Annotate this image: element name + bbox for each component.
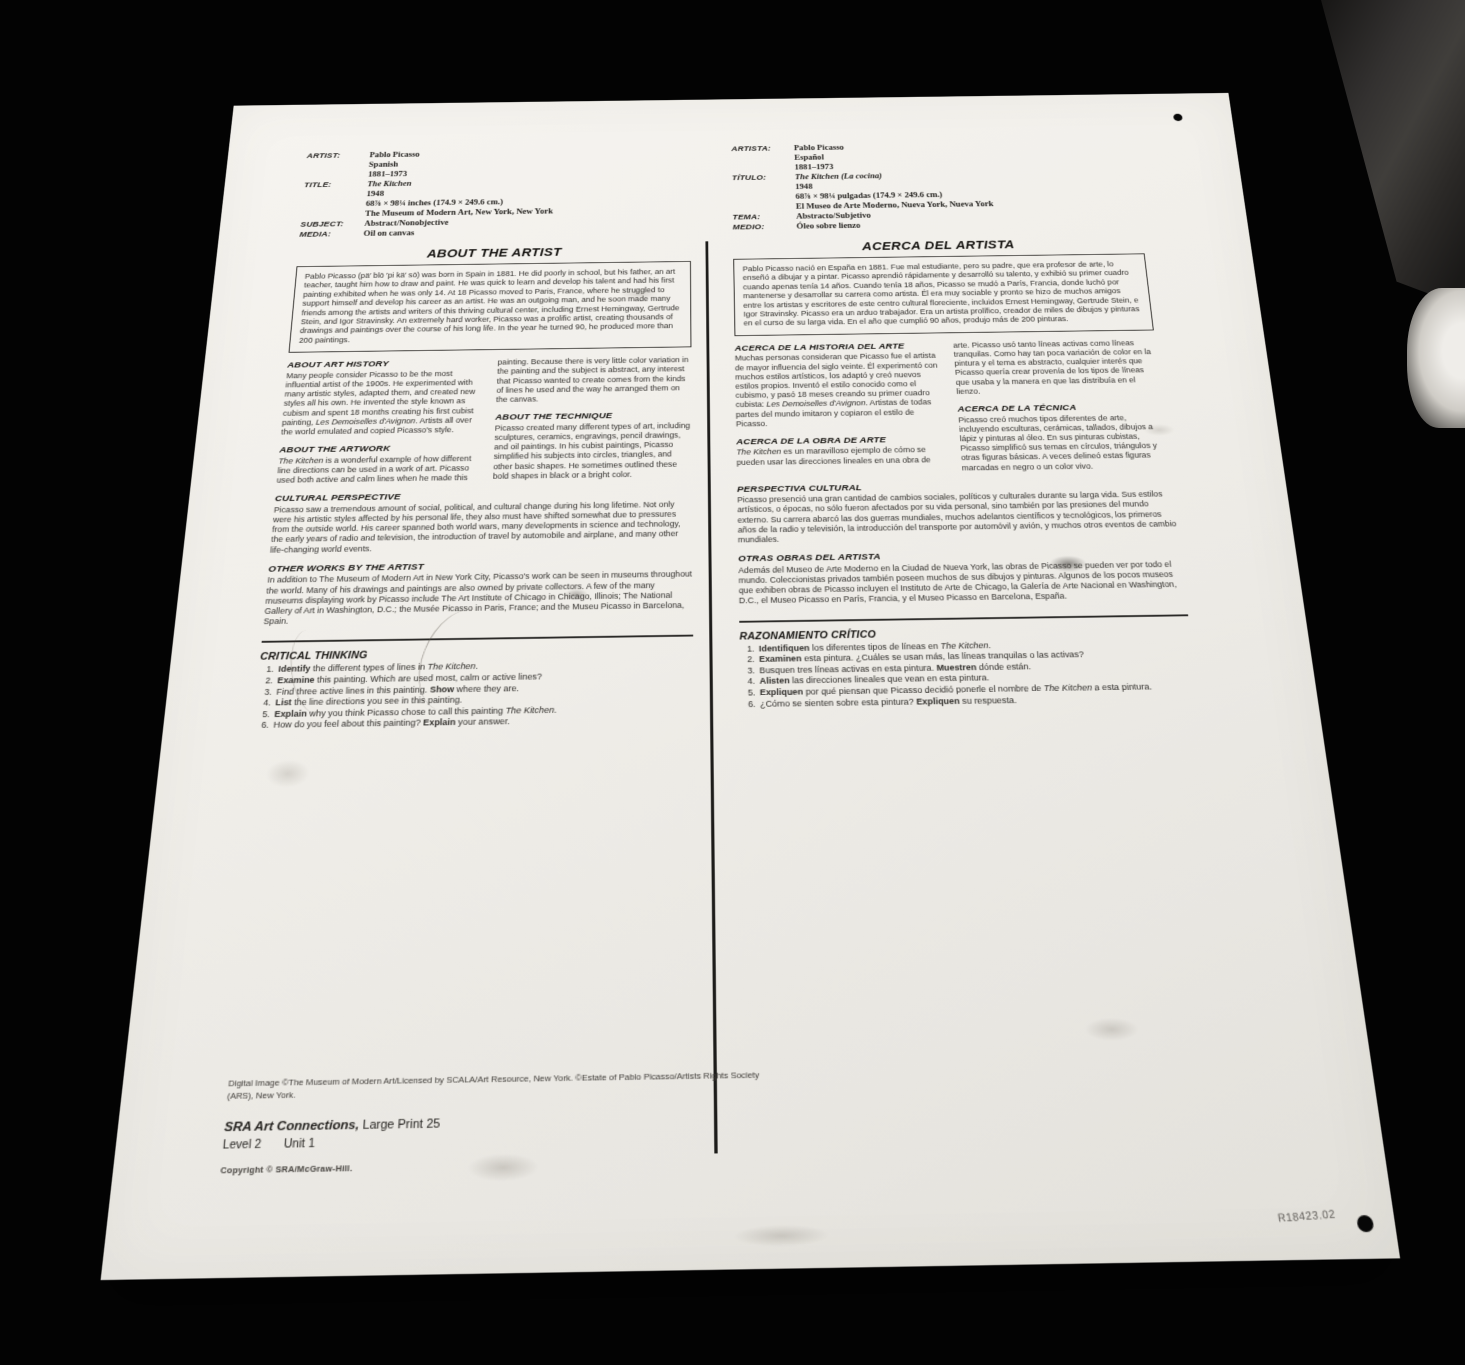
- info-label-media: MEDIA:: [299, 229, 360, 240]
- subcol-es-left: ACERCA DE LA HISTORIA DEL ARTE Muchas pe…: [734, 333, 945, 467]
- para-otras-obras: Además del Museo de Arte Moderno en la C…: [738, 559, 1186, 606]
- info-value-artista: Pablo Picasso Español 1881–1973: [794, 139, 1135, 172]
- para-technique: Picasso created many different types of …: [493, 421, 693, 481]
- backdrop-fabric: [1285, 0, 1465, 320]
- paper-smudge: [255, 753, 321, 794]
- divider-rule-es: [739, 614, 1188, 622]
- para-art-history: Many people consider Picasso to be the m…: [281, 369, 482, 437]
- subcolumns-es: ACERCA DE LA HISTORIA DEL ARTE Muchas pe…: [734, 330, 1170, 476]
- info-label-titulo: TÍTULO:: [732, 173, 793, 213]
- punch-hole-top: [1173, 114, 1183, 121]
- white-cloth: [1407, 288, 1465, 428]
- series-subtitle: Large Print 25: [359, 1117, 441, 1132]
- para-perspectiva-cultural: Picasso presenció una gran cantidad de c…: [737, 490, 1179, 546]
- paper-smudge: [713, 1219, 851, 1253]
- heading-acerca-del-artista: ACERCA DEL ARTISTA: [733, 237, 1144, 255]
- info-label-medio: MEDIO:: [733, 222, 793, 233]
- photo-scene: ARTIST: Pablo Picasso Spanish 1881–1973 …: [0, 0, 1465, 1365]
- document-sheet: ARTIST: Pablo Picasso Spanish 1881–1973 …: [101, 93, 1401, 1280]
- para-obra-de-arte: The Kitchen es un maravilloso ejemplo de…: [736, 445, 945, 467]
- column-spanish: ARTISTA: Pablo Picasso Español 1881–1973…: [731, 139, 1198, 710]
- about-artist-box-es: Pablo Picasso nació en España en 1881. F…: [733, 253, 1154, 336]
- razonamiento-critico-list: Identifiquen los diferentes tipos de lín…: [740, 637, 1199, 710]
- about-artist-box-en: Pablo Picasso (pä′ blō ′pi kä′ sō) was b…: [289, 261, 692, 353]
- para-tecnica: Picasso creó muchos tipos diferentes de …: [958, 413, 1171, 473]
- subcol-en-left: ABOUT ART HISTORY Many people consider P…: [276, 350, 482, 485]
- series-title: SRA Art Connections,: [224, 1117, 360, 1134]
- info-label-artista: ARTISTA:: [731, 144, 791, 174]
- para-obra-continuada: arte. Picasso usó tanto líneas activas c…: [953, 338, 1162, 396]
- subcolumns-en: ABOUT ART HISTORY Many people consider P…: [276, 347, 692, 485]
- para-artwork: The Kitchen is a wonderful example of ho…: [276, 454, 477, 486]
- artwork-info-es: ARTISTA: Pablo Picasso Español 1881–1973…: [731, 139, 1141, 232]
- column-divider-line: [705, 241, 717, 1153]
- subcol-en-right: painting. Because there is very little c…: [493, 347, 693, 481]
- unit-label: Unit 1: [283, 1137, 315, 1152]
- level-label: Level 2: [222, 1137, 262, 1152]
- heading-about-the-artist: ABOUT THE ARTIST: [297, 245, 691, 263]
- info-label-title: TITLE:: [301, 180, 364, 220]
- para-artwork-continued: painting. Because there is very little c…: [496, 356, 692, 405]
- para-historia-del-arte: Muchas personas consideran que Picasso f…: [735, 352, 943, 429]
- page-code: R18423.02: [1277, 1208, 1337, 1225]
- info-value-titulo: The Kitchen (La cocina) 1948 68⅞ × 98¼ p…: [795, 168, 1139, 212]
- artwork-info-en: ARTIST: Pablo Picasso Spanish 1881–1973 …: [299, 146, 691, 239]
- paper-smudge: [1072, 1012, 1152, 1047]
- info-value-artist: Pablo Picasso Spanish 1881–1973: [368, 146, 691, 179]
- punch-hole-bottom: [1356, 1215, 1374, 1232]
- footer-block: Digital Image ©The Museum of Modern Art/…: [220, 1070, 777, 1176]
- subcol-es-right: arte. Picasso usó tanto líneas activas c…: [952, 330, 1170, 473]
- copyright-line: Copyright © SRA/McGraw-Hill.: [220, 1156, 777, 1176]
- info-value-title: The Kitchen 1948 68⅞ × 98¼ inches (174.9…: [365, 175, 691, 219]
- image-credit-text: Digital Image ©The Museum of Modern Art/…: [227, 1070, 775, 1103]
- para-cultural-perspective: Picasso saw a tremendous amount of socia…: [270, 499, 693, 555]
- info-label-artist: ARTIST:: [305, 151, 367, 181]
